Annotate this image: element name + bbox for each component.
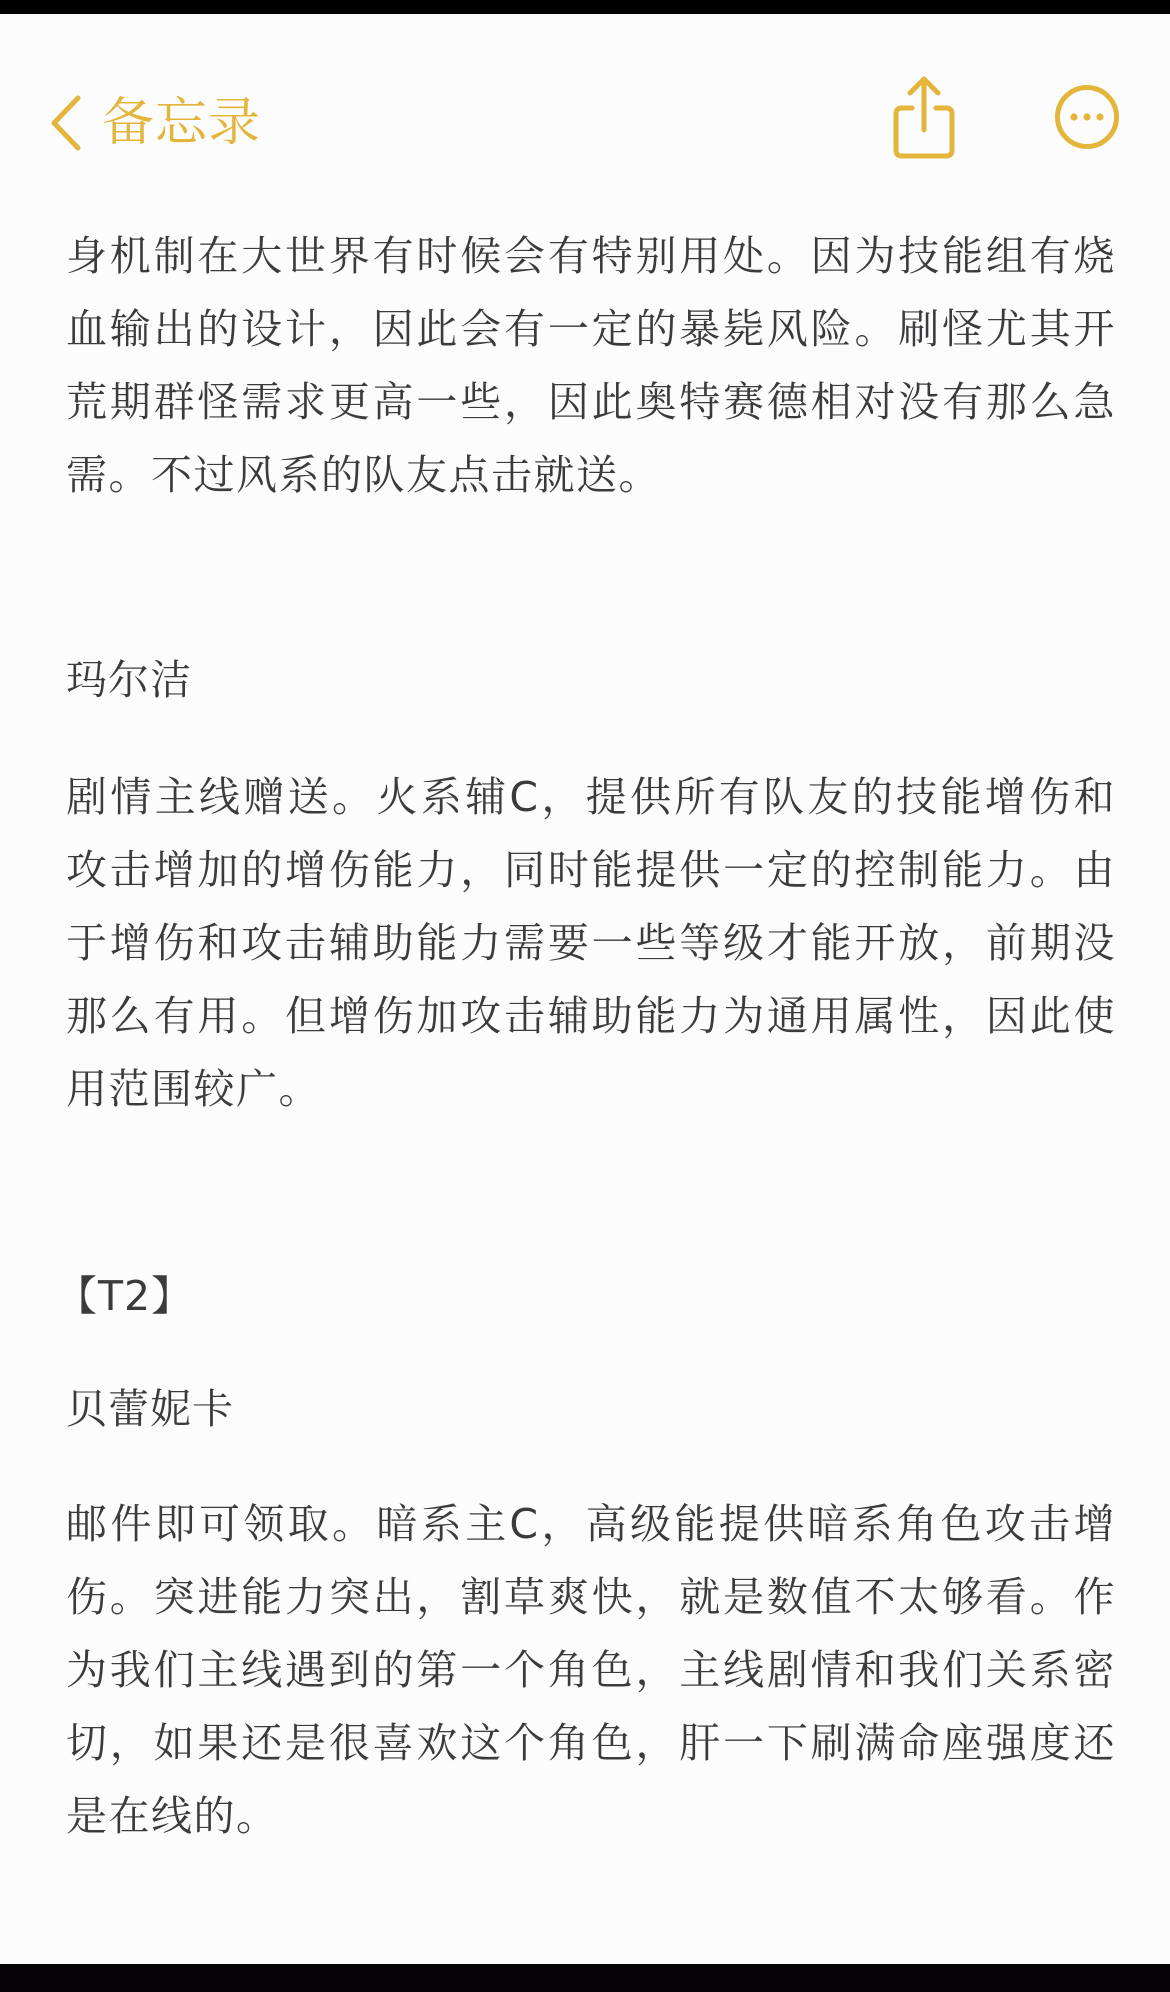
section-heading-marge: 玛尔洁 [66, 644, 1116, 717]
note-paragraph: 邮件即可领取。暗系主C，高级能提供暗系角色攻击增伤。突进能力突出，割草爽快，就是… [66, 1488, 1116, 1853]
chevron-left-icon [48, 94, 84, 152]
ellipsis-circle-icon [1054, 84, 1120, 150]
bottom-bar [0, 1964, 1170, 1992]
note-paragraph: 身机制在大世界有时候会有特别用处。因为技能组有烧血输出的设计，因此会有一定的暴毙… [66, 220, 1116, 512]
navigation-bar: 备忘录 [0, 60, 1170, 180]
share-icon [890, 74, 958, 160]
section-heading-berenica: 贝蕾妮卡 [66, 1373, 1116, 1446]
note-content[interactable]: 身机制在大世界有时候会有特别用处。因为技能组有烧血输出的设计，因此会有一定的暴毙… [66, 220, 1116, 1853]
status-bar [0, 0, 1170, 14]
back-button[interactable]: 备忘录 [48, 88, 261, 158]
note-paragraph: 剧情主线赠送。火系辅C，提供所有队友的技能增伤和攻击增加的增伤能力，同时能提供一… [66, 761, 1116, 1126]
tier-heading-t2: 【T2】 [56, 1260, 1116, 1333]
share-button[interactable] [890, 74, 958, 160]
back-label: 备忘录 [102, 97, 261, 149]
notes-screen: 备忘录 身机制在大世界有时候会有特别用处。因为技能组有烧血输出的设计，因此会有一… [0, 14, 1170, 1964]
more-options-button[interactable] [1054, 84, 1120, 150]
